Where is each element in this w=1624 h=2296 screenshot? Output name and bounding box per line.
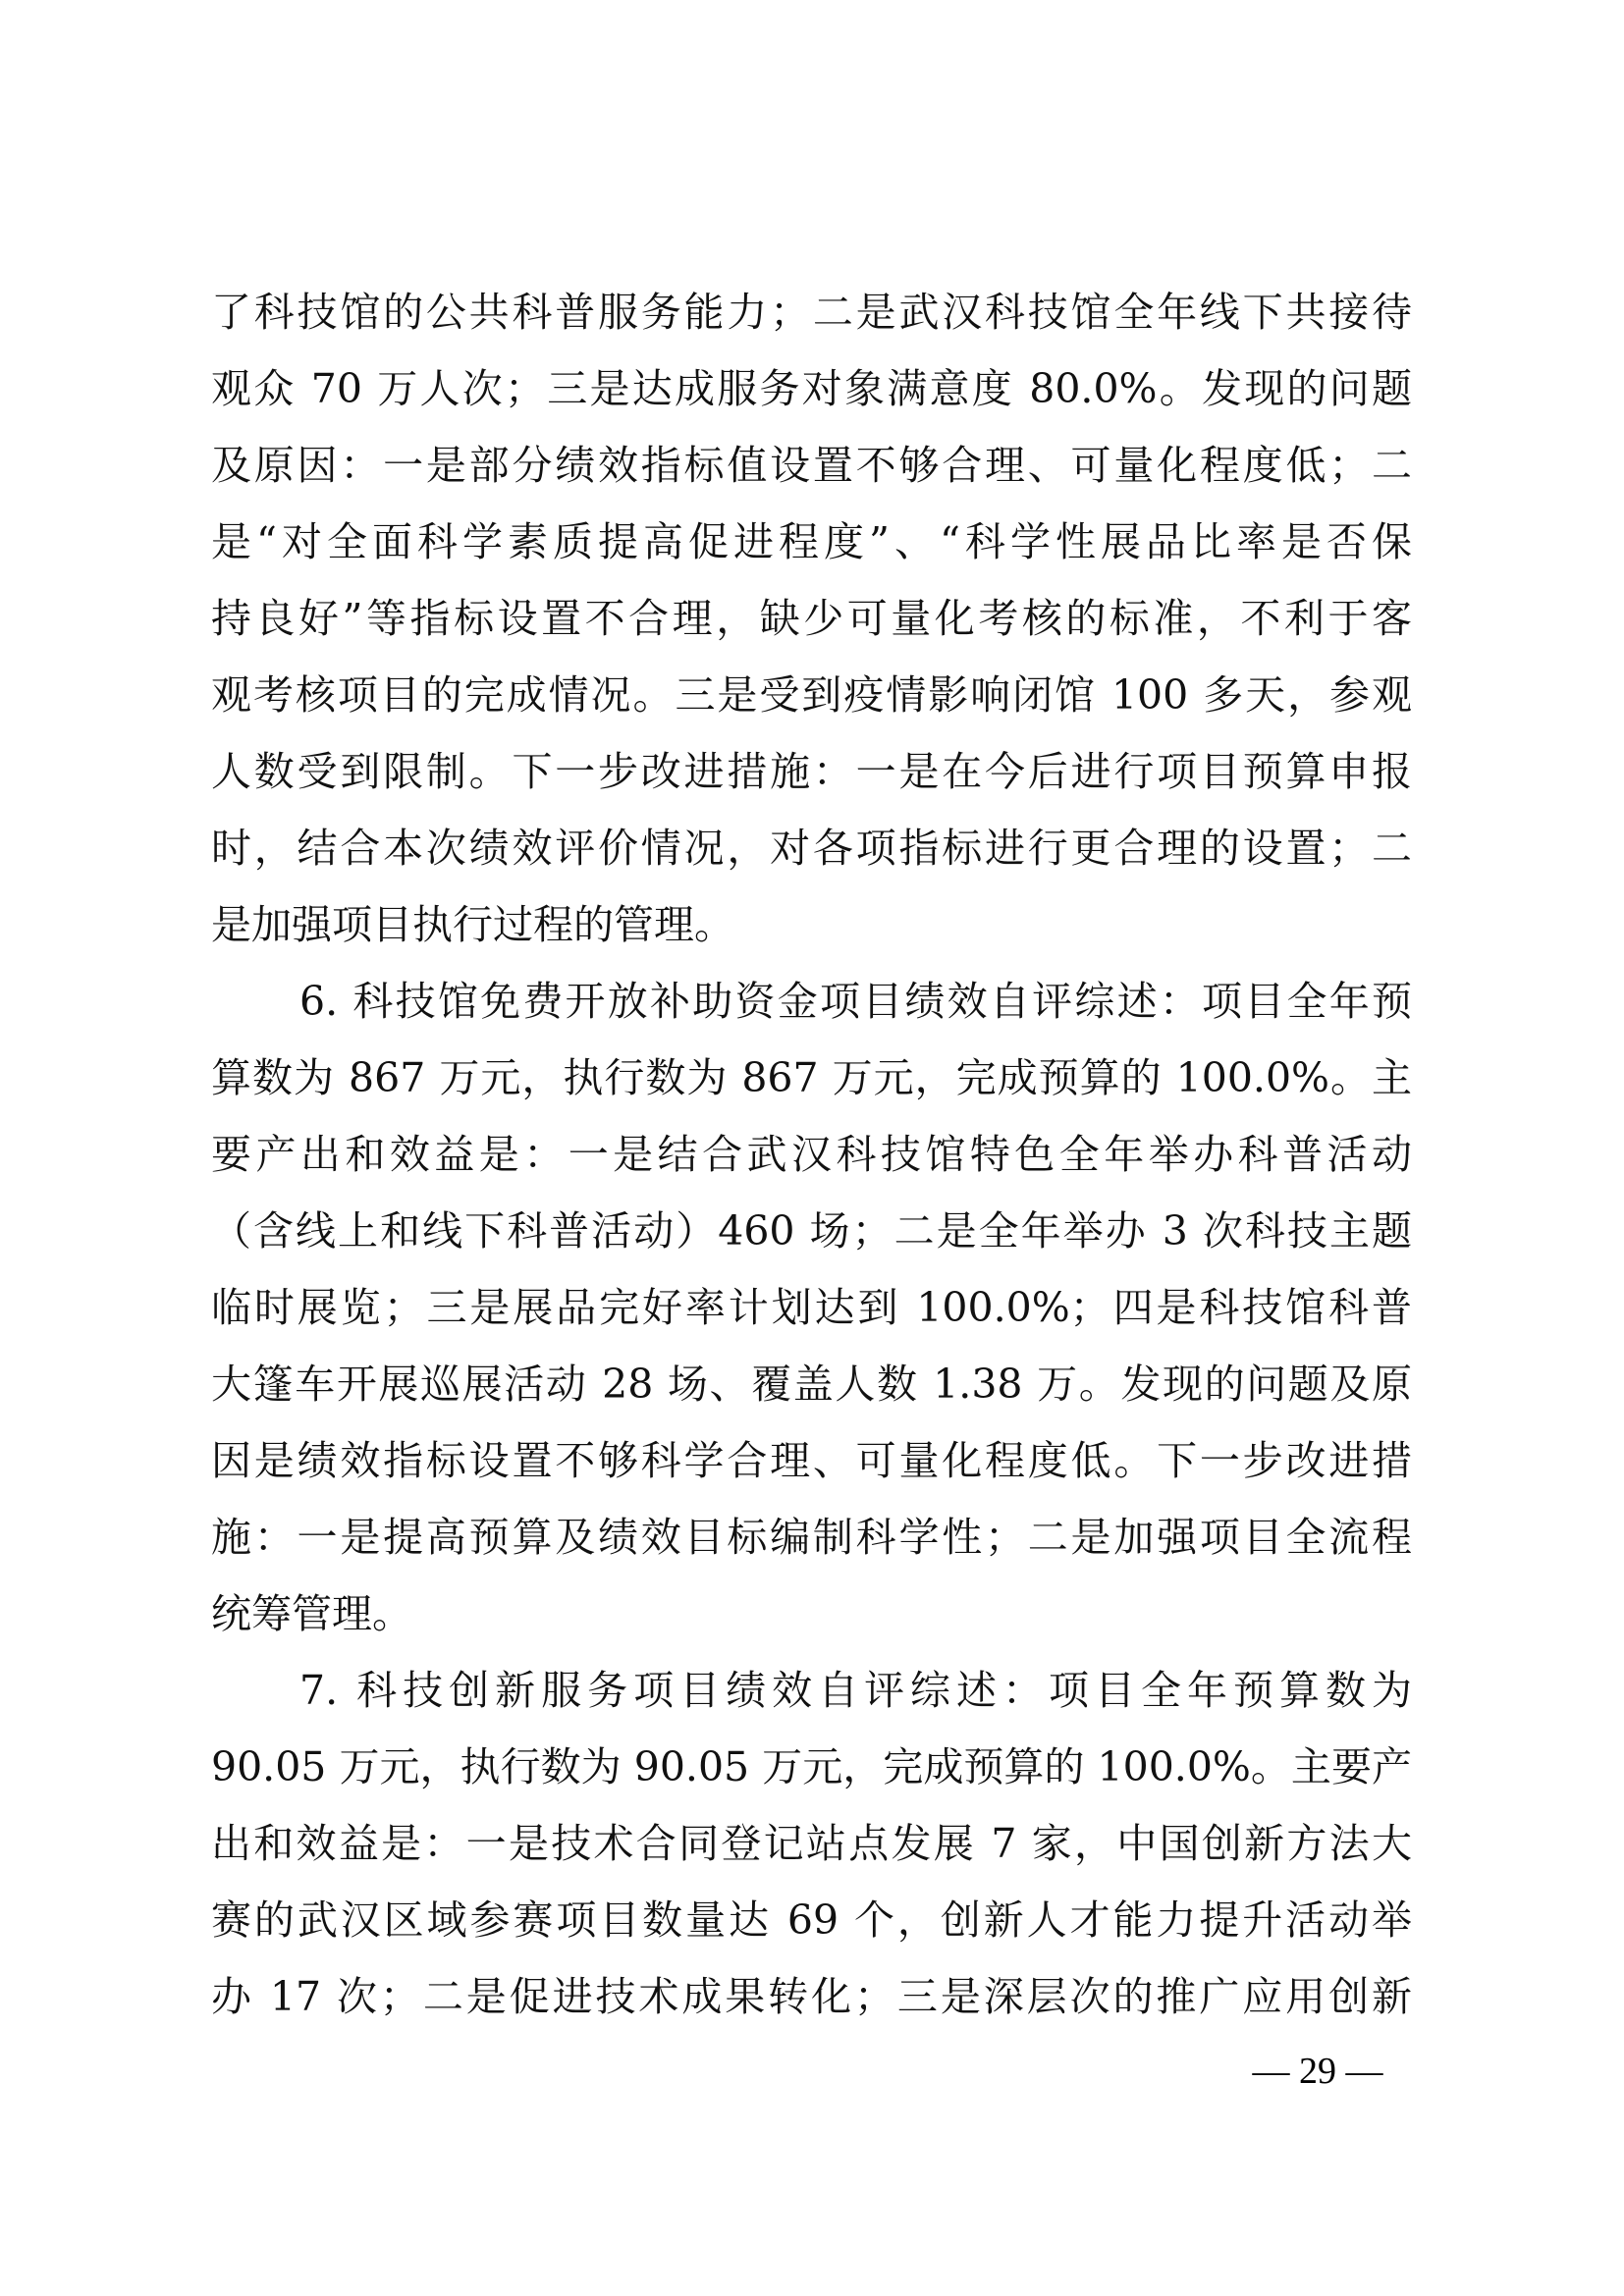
text-line: 时，结合本次绩效评价情况，对各项指标进行更合理的设置；二: [211, 821, 1412, 897]
text-line: 统筹管理。: [211, 1586, 1412, 1663]
text-line: （含线上和线下科普活动）460 场；二是全年举办 3 次科技主题: [211, 1203, 1412, 1280]
text-line: 赛的武汉区域参赛项目数量达 69 个，创新人才能力提升活动举: [211, 1893, 1412, 1969]
text-line: 出和效益是：一是技术合同登记站点发展 7 家，中国创新方法大: [211, 1816, 1412, 1893]
item-7-heading-line: 7. 科技创新服务项目绩效自评综述：项目全年预算数为: [211, 1663, 1412, 1739]
text-line: 算数为 867 万元，执行数为 867 万元，完成预算的 100.0%。主: [211, 1050, 1412, 1127]
text-line: 要产出和效益是：一是结合武汉科技馆特色全年举办科普活动: [211, 1127, 1412, 1203]
text-line: 观众 70 万人次；三是达成服务对象满意度 80.0%。发现的问题: [211, 361, 1412, 438]
page-number: — 29 —: [1239, 2050, 1396, 2093]
text-line: 大篷车开展巡展活动 28 场、覆盖人数 1.38 万。发现的问题及原: [211, 1357, 1412, 1433]
document-page: 了科技馆的公共科普服务能力；二是武汉科技馆全年线下共接待 观众 70 万人次；三…: [0, 0, 1624, 2296]
text-line: 因是绩效指标设置不够科学合理、可量化程度低。下一步改进措: [211, 1433, 1412, 1510]
text-line: 人数受到限制。下一步改进措施：一是在今后进行项目预算申报: [211, 744, 1412, 821]
text-line: 90.05 万元，执行数为 90.05 万元，完成预算的 100.0%。主要产: [211, 1739, 1412, 1816]
text-line: 是“对全面科学素质提高促进程度”、“科学性展品比率是否保: [211, 514, 1412, 591]
text-line: 施：一是提高预算及绩效目标编制科学性；二是加强项目全流程: [211, 1510, 1412, 1586]
body-text: 了科技馆的公共科普服务能力；二是武汉科技馆全年线下共接待 观众 70 万人次；三…: [211, 285, 1412, 2046]
text-line: 办 17 次；二是促进技术成果转化；三是深层次的推广应用创新: [211, 1969, 1412, 2046]
text-line: 及原因：一是部分绩效指标值设置不够合理、可量化程度低；二: [211, 438, 1412, 514]
text-line: 持良好”等指标设置不合理，缺少可量化考核的标准，不利于客: [211, 591, 1412, 667]
item-6-heading-line: 6. 科技馆免费开放补助资金项目绩效自评综述：项目全年预: [211, 974, 1412, 1050]
text-line: 了科技馆的公共科普服务能力；二是武汉科技馆全年线下共接待: [211, 285, 1412, 361]
text-line: 观考核项目的完成情况。三是受到疫情影响闭馆 100 多天，参观: [211, 667, 1412, 744]
text-line: 是加强项目执行过程的管理。: [211, 897, 1412, 974]
text-line: 临时展览；三是展品完好率计划达到 100.0%；四是科技馆科普: [211, 1280, 1412, 1357]
